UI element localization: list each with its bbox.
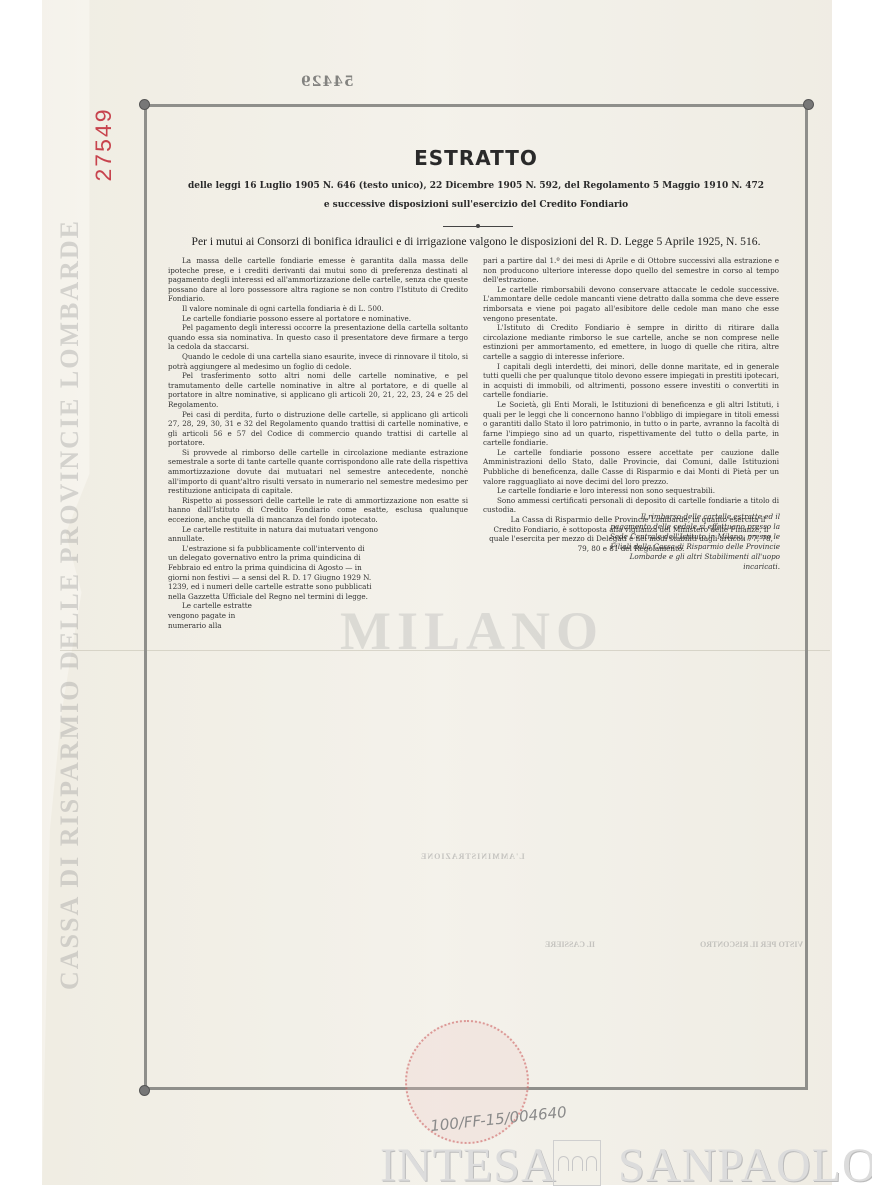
arch-icon [586,1156,597,1171]
paragraph: Le cartelle fondiarie e loro interessi n… [483,486,779,496]
paragraph: Le cartelle fondiarie possono essere al … [168,314,468,324]
paragraph: Il valore nominale di ogni cartella fond… [168,304,468,314]
paragraph: Quando le cedole di una cartella siano e… [168,352,468,371]
right-column: pari a partire dal 1.º dei mesi di April… [483,256,779,553]
paragraph: pari a partire dal 1.º dei mesi di April… [483,256,779,285]
logo-sanpaolo: SANPAOLO [618,1138,872,1193]
paragraph: Si provvede al rimborso delle cartelle i… [168,448,468,496]
left-column: La massa delle cartelle fondiarie emesse… [168,256,468,630]
document-subtitle-laws: delle leggi 16 Luglio 1905 N. 646 (testo… [144,181,808,191]
paragraph: Le cartelle fondiarie possono essere acc… [483,448,779,486]
paragraph: I capitali degli interdetti, dei minori,… [483,362,779,400]
paragraph: La massa delle cartelle fondiarie emesse… [168,256,468,304]
logo-intesa: INTESA [380,1138,557,1193]
frame-corner-ornament-icon [139,99,150,110]
arch-icon [558,1156,569,1171]
paragraph: Le cartelle estratte vengono pagate in n… [168,601,258,630]
arch-icon [572,1156,583,1171]
reimbursement-note: Il rimborso delle cartelle estratte ed i… [600,512,780,572]
frame-corner-ornament-icon [139,1085,150,1096]
consorzi-notice: Per i mutui ai Consorzi di bonifica idra… [144,235,808,248]
frame-corner-ornament-icon [803,99,814,110]
top-stamp-number: 54429 [300,74,354,90]
paragraph: L'Istituto di Credito Fondiario è sempre… [483,323,779,361]
document-title: ESTRATTO [144,146,808,170]
bleed-through-side-text: CASSA DI RISPARMIO DELLE PROVINCIE LOMBA… [55,90,85,990]
paragraph: Pel trasferimento sotto altri nomi delle… [168,371,468,409]
paragraph: Le cartelle rimborsabili devono conserva… [483,285,779,323]
paragraph: Rispetto ai possessori delle cartelle le… [168,496,468,525]
left-narrow-block: L'estrazione si fa pubblicamente coll'in… [168,544,468,630]
paragraph: Pel pagamento degli interessi occorre la… [168,323,468,352]
serial-number: 27549 [92,100,126,190]
intesa-sanpaolo-arches-icon [553,1140,601,1186]
paragraph: Le cartelle restituite in natura dai mut… [168,525,378,544]
paragraph: L'estrazione si fa pubblicamente coll'in… [168,544,373,602]
paragraph: Pei casi di perdita, furto o distruzione… [168,410,468,448]
document-subtitle-dispositions: e successive disposizioni sull'esercizio… [144,200,808,210]
divider-ornament-icon [476,224,480,228]
paragraph: Le Società, gli Enti Morali, le Istituzi… [483,400,779,448]
